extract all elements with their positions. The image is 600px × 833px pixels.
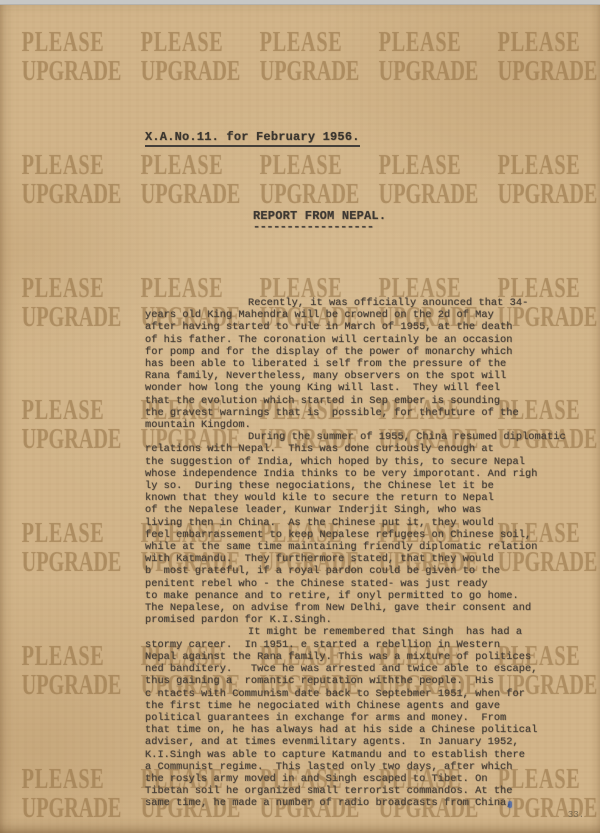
watermark-row: PLEASEUPGRADEPLEASEUPGRADEPLEASEUPGRADEP… bbox=[0, 151, 600, 209]
watermark-text: PLEASEUPGRADE bbox=[22, 519, 103, 577]
watermark-text: PLEASEUPGRADE bbox=[498, 28, 579, 86]
scanned-document-page: PLEASEUPGRADEPLEASEUPGRADEPLEASEUPGRADEP… bbox=[0, 0, 600, 833]
watermark-text: PLEASEUPGRADE bbox=[260, 28, 341, 86]
paragraph-china-relations: During the summer of 1955, China resumed… bbox=[145, 431, 565, 626]
watermark-text: PLEASEUPGRADE bbox=[379, 151, 460, 209]
watermark-text: PLEASEUPGRADE bbox=[379, 28, 460, 86]
watermark-text: PLEASEUPGRADE bbox=[141, 28, 222, 86]
title-underline: ------------------ bbox=[253, 220, 374, 234]
watermark-text: PLEASEUPGRADE bbox=[22, 642, 103, 700]
watermark-text: PLEASEUPGRADE bbox=[141, 151, 222, 209]
watermark-text: PLEASEUPGRADE bbox=[22, 151, 103, 209]
watermark-row: PLEASEUPGRADEPLEASEUPGRADEPLEASEUPGRADEP… bbox=[0, 28, 600, 86]
paragraph-coronation: Recently, it was officially anounced tha… bbox=[145, 297, 565, 431]
document-body: Recently, it was officially anounced tha… bbox=[145, 297, 565, 810]
watermark-text: PLEASEUPGRADE bbox=[260, 151, 341, 209]
watermark-text: PLEASEUPGRADE bbox=[22, 274, 103, 332]
page-number: 33. bbox=[568, 810, 584, 820]
watermark-text: PLEASEUPGRADE bbox=[498, 151, 579, 209]
blue-ink-mark bbox=[508, 801, 512, 808]
scanner-edge-strip bbox=[0, 0, 600, 5]
paragraph-singh-career: It might be remembered that Singh has ha… bbox=[145, 626, 565, 809]
watermark-text: PLEASEUPGRADE bbox=[22, 396, 103, 454]
document-reference-line: X.A.No.11. for February 1956. bbox=[145, 130, 360, 147]
watermark-text: PLEASEUPGRADE bbox=[22, 765, 103, 823]
watermark-text: PLEASEUPGRADE bbox=[22, 28, 103, 86]
